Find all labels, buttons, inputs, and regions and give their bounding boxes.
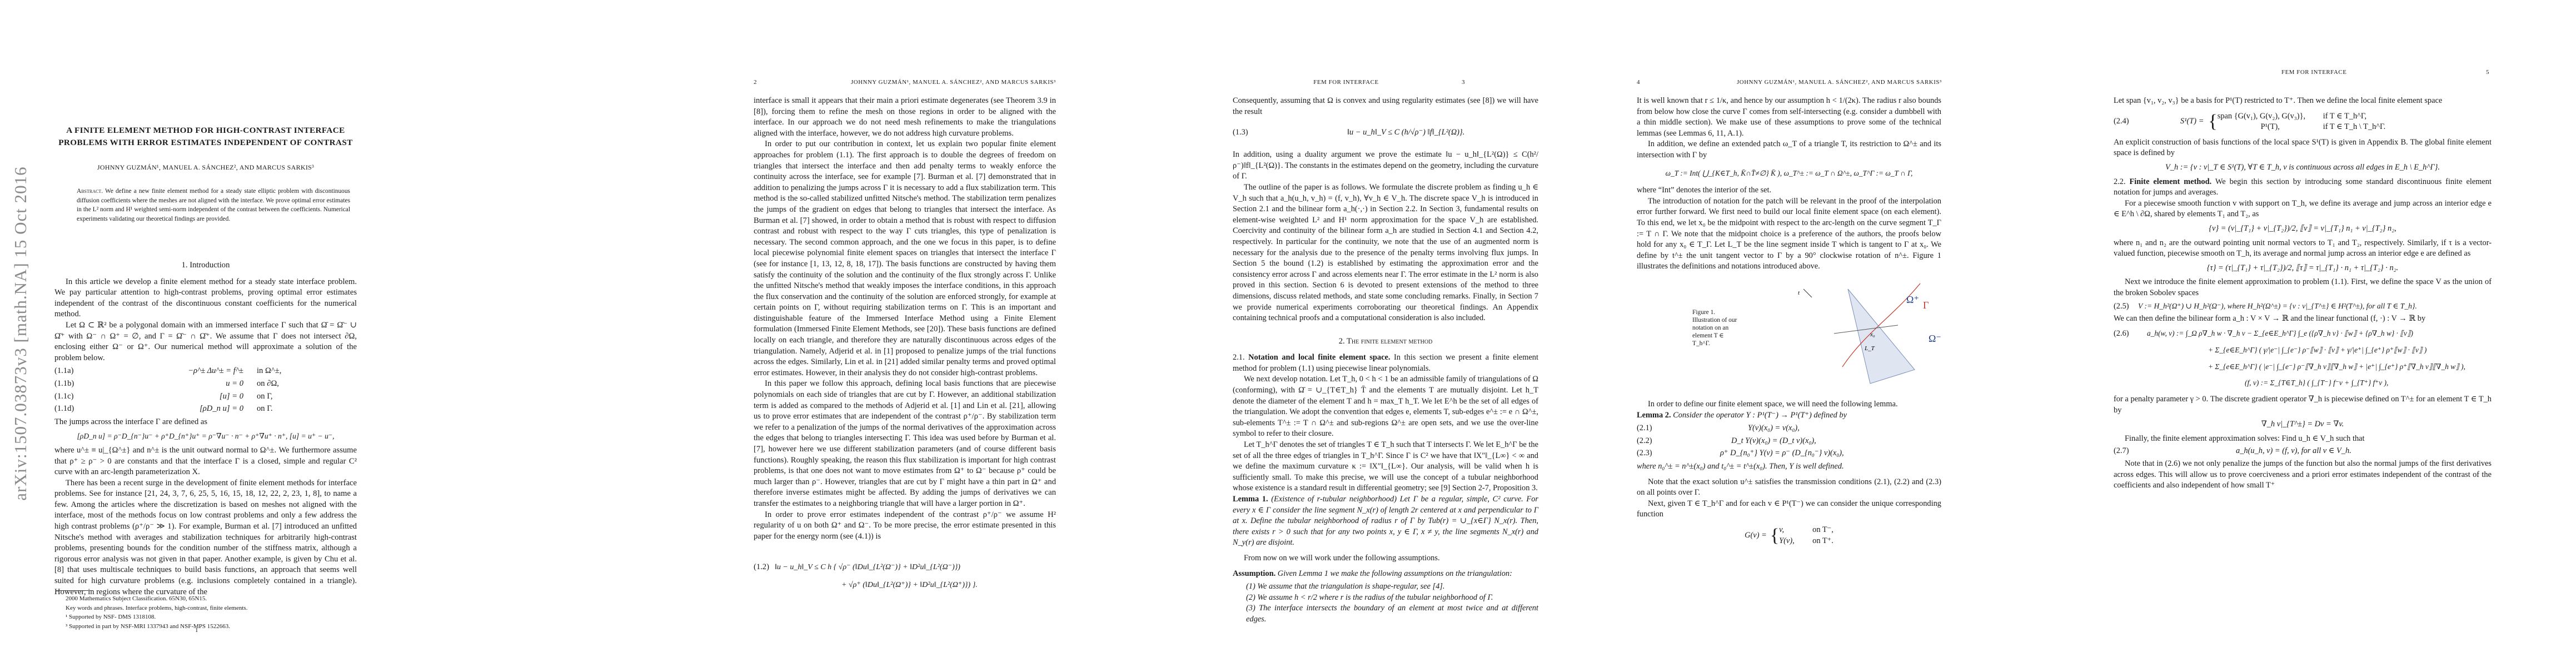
equation-1-3: (1.3) ‖u − u_h‖_V ≤ C (h/√ρ⁻) ‖f‖_{L²(Ω)… [1233, 122, 1538, 145]
page-number: 2 [754, 79, 757, 86]
equation-jumps: [ρD_n u] = ρ⁻D_{n⁻}u⁻ + ρ⁺D_{n⁺}u⁺ = ρ⁻∇… [54, 431, 357, 442]
paragraph: The outline of the paper is as follows. … [1233, 182, 1538, 324]
equation-row: (1.1c)[u] = 0on Γ, [54, 391, 357, 402]
equation-average-jump: {v} = (v|_{T₁} + v|_{T₂})/2, ⟦v⟧ = v|_{T… [2114, 223, 2492, 235]
lemma-1: Lemma 1. (Existence of r-tubular neighbo… [1233, 494, 1538, 549]
paragraph: Next we introduce the finite element app… [2114, 277, 2492, 298]
arxiv-stamp: arXiv:1507.03873v3 [math.NA] 15 Oct 2016 [7, 0, 34, 667]
paragraph: Finally, the finite element approximatio… [2114, 434, 2492, 445]
equation-row: (2.2)D_t Υ(v)(x₀) = (D_t v)(x₀), [1637, 436, 1941, 447]
paragraph: In this article we develop a finite elem… [54, 277, 357, 320]
equation-patch: ω_T := Int( ⋃_{K∈T_h, K̄∩T̄≠∅} K̄ ), ω_T… [1637, 168, 1941, 179]
paragraph: Let span {v₁, v₂, v₃} be a basis for P¹(… [2114, 96, 2492, 107]
page-5-body: Let span {v₁, v₂, v₃} be a basis for P¹(… [2114, 96, 2492, 491]
paragraph: In this paper we follow this approach, d… [754, 379, 1056, 509]
equation-2-5: (2.5)V := H_h²(Ω⁺) ∪ H_h²(Ω⁻), where H_h… [2114, 301, 2492, 312]
paragraph: for a penalty parameter γ > 0. The discr… [2114, 394, 2492, 416]
page-3-body: Consequently, assuming that Ω is convex … [1233, 96, 1538, 625]
footnote: ³ Supported in part by NSF-MRI 1337943 a… [56, 622, 356, 631]
subsection-2-2: 2.2. Finite element method. We begin thi… [2114, 177, 2492, 198]
paragraph: In addition, we define an extended patch… [1637, 139, 1941, 161]
equation-2-4: (2.4) S¹(T) = { span {G(v₁), G(v₂), G(v₃… [2114, 111, 2492, 133]
page-number: 1 [195, 627, 198, 634]
equation-G: G(v) = { v,on T⁻, Υ(v),on T⁺. [1637, 525, 1941, 546]
t-label: t [1798, 290, 1800, 296]
lemma-2-equations: (2.1)Υ(v)(x₀) = v(x₀), (2.2)D_t Υ(v)(x₀)… [1637, 423, 1941, 459]
paragraph: In addition, using a duality argument we… [1233, 150, 1538, 182]
paragraph: From now on we will work under the follo… [1233, 553, 1538, 564]
paragraph: where “Int” denotes the interior of the … [1637, 185, 1941, 196]
abstract: Abstract. We define a new finite element… [77, 187, 350, 223]
paragraph: The introduction of notation for the pat… [1637, 196, 1941, 272]
paragraph: There has been a recent surge in the dev… [54, 478, 357, 598]
footnotes: 2000 Mathematics Subject Classification.… [56, 590, 356, 631]
assumption-item: (2) We assume h < r/2 where r is the rad… [1246, 593, 1538, 604]
omega-plus-label: Ω⁺ [1906, 294, 1919, 305]
equation-2-6: (2.6)a_h(w, v) := ∫_Ω ρ∇_h w · ∇_h v − Σ… [2114, 328, 2492, 389]
paragraph: In order to put our contribution in cont… [754, 139, 1056, 379]
running-head: JOHNNY GUZMÁN¹, MANUEL A. SÁNCHEZ², AND … [1737, 79, 1942, 86]
paragraph: where n₀^± = n^±(x₀) and t₀^± = t^±(x₀).… [1637, 461, 1941, 472]
assumption-list: (1) We assume that the triangulation is … [1246, 581, 1538, 625]
paragraph: An explicit construction of basis functi… [2114, 137, 2492, 159]
paragraph: We can then define the bilinear form a_h… [2114, 313, 2492, 325]
abstract-text: We define a new finite element method fo… [77, 188, 350, 222]
page-1: arXiv:1507.03873v3 [math.NA] 15 Oct 2016… [0, 0, 644, 667]
paragraph: The jumps across the interface Γ are def… [54, 417, 357, 428]
page-4-body-lower: In order to define our finite element sp… [1637, 399, 1941, 546]
subsection-2-1: 2.1. Notation and local finite element s… [1233, 352, 1538, 374]
equation-tau-average-jump: {τ} = (τ|_{T₁} + τ|_{T₂})/2, ⟦τ⟧ = τ|_{T… [2114, 263, 2492, 274]
equation-row: (1.1a)−ρ^± Δu^± = f^±in Ω^±, [54, 366, 357, 377]
section-heading-introduction: 1. Introduction [54, 260, 357, 271]
equation-row: (2.3)ρ⁺ D_{n₀⁺} Υ(v) = ρ⁻ (D_{n₀⁻} v)(x₀… [1637, 448, 1941, 459]
equation-discrete-gradient: ∇_h v|_{T^±} = Dv = ∇v. [2114, 419, 2492, 430]
footnote: 2000 Mathematics Subject Classification.… [56, 594, 356, 604]
paragraph: where u^± ≡ u|_{Ω^±} and n^± is the unit… [54, 445, 357, 478]
paragraph: In order to prove error estimates indepe… [754, 510, 1056, 542]
paragraph: Consequently, assuming that Ω is convex … [1233, 96, 1538, 117]
paragraph: Let T_h^Γ denotes the set of triangles T… [1233, 440, 1538, 494]
page-2-body: interface is small it appears that their… [754, 96, 1056, 595]
paper-title: A FINITE ELEMENT METHOD FOR HIGH-CONTRAS… [56, 125, 356, 149]
page-number: 3 [1462, 79, 1465, 86]
equation-row: (2.1)Υ(v)(x₀) = v(x₀), [1637, 423, 1941, 434]
equation-block-1-1: (1.1a)−ρ^± Δu^± = f^±in Ω^±, (1.1b)u = 0… [54, 366, 357, 414]
paragraph: In order to define our finite element sp… [1637, 399, 1941, 410]
lemma-2: Lemma 2. Consider the operator Υ : P¹(T⁻… [1637, 410, 1941, 421]
equation-row: (1.1d)[ρD_n u] = 0on Γ. [54, 404, 357, 415]
equation-2-7: (2.7)a_h(u_h, v) = (f, v), for all v ∈ V… [2114, 446, 2492, 457]
equation-1-2: (1.2) ‖u − u_h‖_V ≤ C h { √ρ⁻ (‖Du‖_{L²(… [754, 562, 1056, 595]
section-heading-fem: 2. The finite element method [1233, 336, 1538, 347]
page-1-body: 1. Introduction In this article we devel… [54, 260, 357, 598]
gamma-label: Γ [1923, 300, 1929, 311]
footnote: Key words and phrases. Interface problem… [56, 604, 356, 613]
equation-row: (1.1b)u = 0on ∂Ω, [54, 379, 357, 390]
abstract-label: Abstract. [77, 188, 103, 195]
paragraph: Next, given T ∈ T_h^Γ and for each v ∈ P… [1637, 499, 1941, 520]
page-4-body: It is well known that r ≤ 1/κ, and hence… [1637, 96, 1941, 272]
paragraph: where n₁ and n₂ are the outward pointing… [2114, 238, 2492, 260]
paper-authors: JOHNNY GUZMÁN¹, MANUEL A. SÁNCHEZ², AND … [56, 163, 356, 172]
page-number: 4 [1637, 79, 1640, 86]
x0-label: x₀ [1870, 331, 1875, 338]
figure-1-element-diagram: t Ω⁺ Γ Ω⁻ x₀ L_T [1781, 272, 1948, 389]
paragraph: It is well known that r ≤ 1/κ, and hence… [1637, 96, 1941, 139]
paragraph: Note that in (2.6) we not only penalize … [2114, 459, 2492, 491]
assumption-item: (1) We assume that the triangulation is … [1246, 581, 1538, 593]
paragraph: interface is small it appears that their… [754, 96, 1056, 139]
running-head: JOHNNY GUZMÁN¹, MANUEL A. SÁNCHEZ², AND … [851, 79, 1056, 86]
figure-1-caption: Figure 1. Illustration of our notation o… [1692, 308, 1742, 347]
paragraph: Let Ω ⊂ ℝ² be a polygonal domain with an… [54, 320, 357, 364]
paragraph: Note that the exact solution u^± satisfi… [1637, 477, 1941, 499]
footnote-rule [56, 590, 93, 591]
assumption-item: (3) The interface intersects the boundar… [1246, 603, 1538, 625]
page-5: FEM FOR INTERFACE 5 Let span {v₁, v₂, v₃… [2114, 0, 2576, 667]
lt-label: L_T [1864, 345, 1875, 352]
footnote: ¹ Supported by NSF- DMS 1318108. [56, 613, 356, 622]
page-number: 5 [2486, 69, 2489, 76]
paragraph: We next develop notation. Let T_h, 0 < h… [1233, 374, 1538, 440]
assumption: Assumption. Given Lemma 1 we make the fo… [1233, 569, 1538, 580]
running-head: FEM FOR INTERFACE [2281, 69, 2346, 76]
omega-minus-label: Ω⁻ [1929, 333, 1941, 344]
equation-Vh: V_h := {v : v|_T ∈ S¹(T), ∀T ∈ T_h, v is… [2114, 162, 2492, 173]
page-2: 2 JOHNNY GUZMÁN¹, MANUEL A. SÁNCHEZ², AN… [644, 0, 1288, 667]
running-head: FEM FOR INTERFACE [1235, 79, 1457, 86]
paragraph: For a piecewise smooth function v with s… [2114, 198, 2492, 220]
